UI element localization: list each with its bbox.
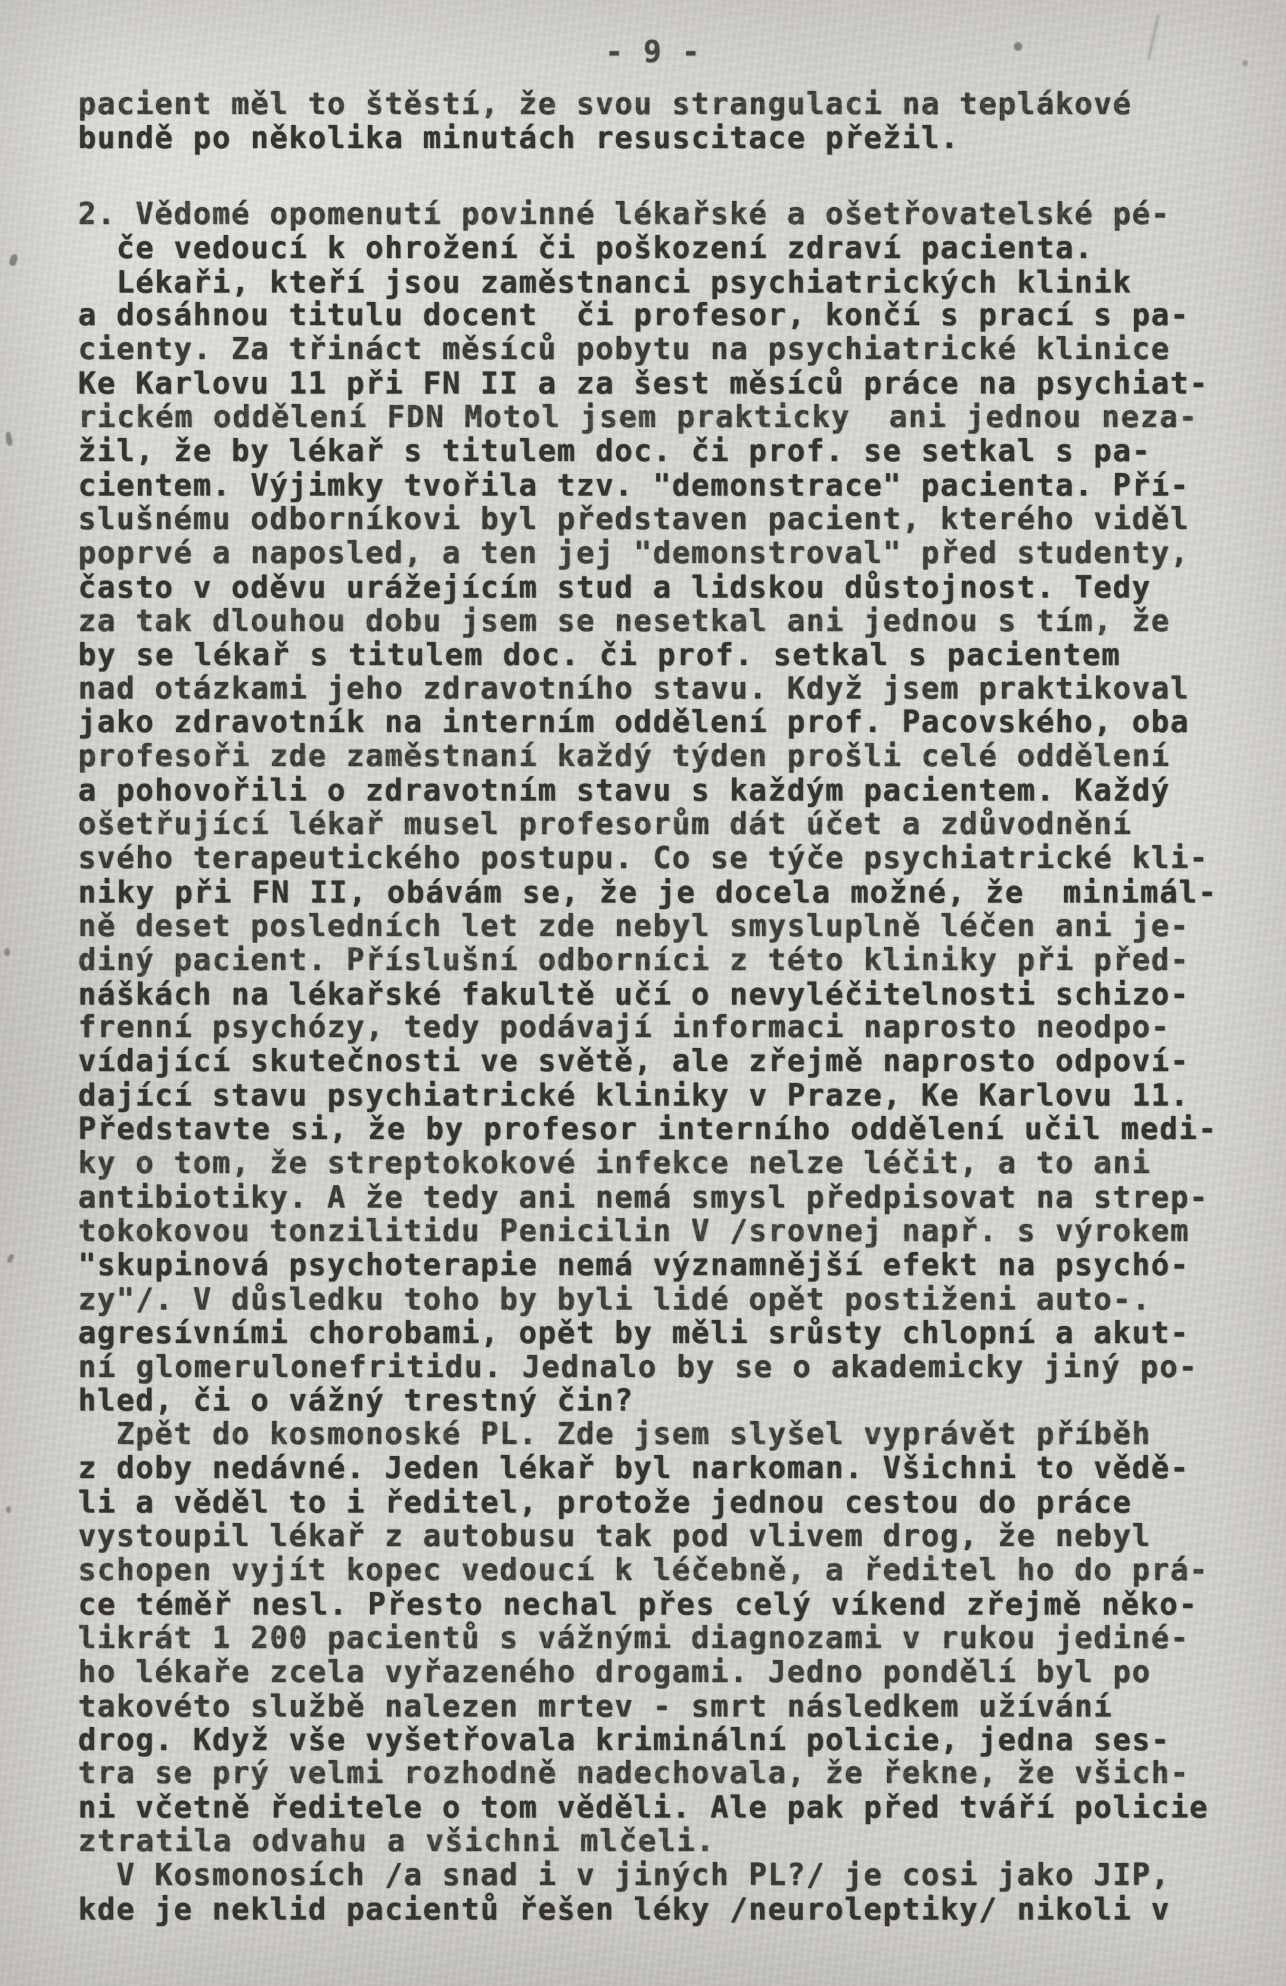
text-line: Lékaři, kteří jsou zaměstnanci psychiatr… — [78, 266, 1228, 300]
text-line: by se lékař s titulem doc. či prof. setk… — [78, 639, 1228, 673]
text-line: Ke Karlovu 11 při FN II a za šest měsíců… — [78, 368, 1228, 402]
text-line: V Kosmonosích /a snad i v jiných PL?/ je… — [78, 1859, 1228, 1893]
text-line: nad otázkami jeho zdravotního stavu. Kdy… — [78, 673, 1228, 707]
text-line: profesoři zde zaměstnaní každý týden pro… — [78, 740, 1228, 774]
text-line: ce téměř nesl. Přesto nechal přes celý v… — [78, 1588, 1228, 1622]
text-line: li a věděl to i ředitel, protože jednou … — [78, 1487, 1228, 1521]
text-line: ky o tom, že streptokokové infekce nelze… — [78, 1147, 1228, 1181]
text-line: poprvé a naposled, a ten jej "demonstrov… — [78, 537, 1228, 571]
text-line: ztratila odvahu a všichni mlčeli. — [78, 1825, 1228, 1859]
text-line: tokokovou tonzilitidu Penicilin V /srovn… — [78, 1215, 1228, 1249]
text-line: z doby nedávné. Jeden lékař byl narkoman… — [78, 1452, 1228, 1486]
text-line: zy"/. V důsledku toho by byli lidé opět … — [78, 1283, 1228, 1317]
text-line: cienty. Za třináct měsíců pobytu na psyc… — [78, 333, 1228, 367]
text-line: svého terapeutického postupu. Co se týče… — [78, 842, 1228, 876]
text-line: vídající skutečnosti ve světě, ale zřejm… — [78, 1045, 1228, 1079]
text-line: Představte si, že by profesor interního … — [78, 1113, 1228, 1147]
text-line: za tak dlouhou dobu jsem se nesetkal ani… — [78, 605, 1228, 639]
text-line: rickém oddělení FDN Motol jsem prakticky… — [78, 401, 1228, 435]
text-line: ho lékaře zcela vyřazeného drogami. Jedn… — [78, 1656, 1228, 1690]
text-line: vystoupil lékař z autobusu tak pod vlive… — [78, 1520, 1228, 1554]
text-line: drog. Když vše vyšetřovala kriminální po… — [78, 1724, 1228, 1758]
text-line: schopen vyjít kopec vedoucí k léčebně, a… — [78, 1554, 1228, 1588]
text-line: diný pacient. Příslušní odborníci z této… — [78, 944, 1228, 978]
text-line: frenní psychózy, tedy podávají informaci… — [78, 1011, 1228, 1045]
text-line: ní glomerulonefritidu. Jednalo by se o a… — [78, 1351, 1228, 1385]
text-line: náškách na lékařské fakultě učí o nevylé… — [78, 978, 1228, 1012]
text-line: často v oděvu urážejícím stud a lidskou … — [78, 571, 1228, 605]
text-line: bundě po několika minutách resuscitace p… — [78, 122, 1228, 156]
scan-speck — [6, 1253, 14, 1263]
text-line: cientem. Výjimky tvořila tzv. "demonstra… — [78, 470, 1228, 504]
text-line: dající stavu psychiatrické kliniky v Pra… — [78, 1080, 1228, 1114]
text-line: a dosáhnou titulu docent či profesor, ko… — [78, 299, 1228, 333]
text-line: "skupinová psychoterapie nemá významnějš… — [78, 1249, 1228, 1283]
scan-speck — [5, 432, 13, 447]
text-line: tra se prý velmi rozhodně nadechovala, ž… — [78, 1757, 1228, 1791]
scan-artifact-dot — [1242, 60, 1248, 66]
text-line: žil, že by lékař s titulem doc. či prof.… — [78, 435, 1228, 469]
text-line: likrát 1 200 pacientů s vážnými diagnoza… — [78, 1622, 1228, 1656]
text-line: jako zdravotník na interním oddělení pro… — [78, 706, 1228, 740]
intro-paragraph: pacient měl to štěstí, že svou strangula… — [78, 88, 1228, 156]
section-2-body: 2. Vědomé opomenutí povinné lékařské a o… — [78, 198, 1228, 1927]
text-line: agresívními chorobami, opět by měli srůs… — [78, 1317, 1228, 1351]
scanned-document-page: - 9 - pacient měl to štěstí, že svou str… — [0, 0, 1286, 1986]
text-line: antibiotiky. A že tedy ani nemá smysl př… — [78, 1182, 1228, 1216]
text-line: pacient měl to štěstí, že svou strangula… — [78, 88, 1228, 122]
page-number: - 9 - — [88, 36, 1218, 70]
text-line: a pohovořili o zdravotním stavu s každým… — [78, 775, 1228, 809]
text-line: ni včetně ředitele o tom věděli. Ale pak… — [78, 1792, 1228, 1826]
text-line: niky při FN II, obávám se, že je docela … — [78, 876, 1228, 910]
text-line: če vedoucí k ohrožení či poškození zdrav… — [78, 232, 1228, 266]
text-line: takovéto službě nalezen mrtev - smrt nás… — [78, 1690, 1228, 1724]
text-line: Zpět do kosmonoské PL. Zde jsem slyšel v… — [78, 1418, 1228, 1452]
scan-speck — [4, 948, 10, 956]
text-line: ně deset posledních let zde nebyl smyslu… — [78, 910, 1228, 944]
text-line: ošetřující lékař musel profesorům dát úč… — [78, 808, 1228, 842]
scan-speck — [8, 253, 18, 267]
text-line: 2. Vědomé opomenutí povinné lékařské a o… — [78, 198, 1228, 232]
text-line: slušnému odborníkovi byl představen paci… — [78, 503, 1228, 537]
text-line: kde je neklid pacientů řešen léky /neuro… — [78, 1894, 1228, 1928]
scan-speck — [6, 1506, 11, 1513]
text-line: hled, či o vážný trestný čin? — [78, 1385, 1228, 1419]
